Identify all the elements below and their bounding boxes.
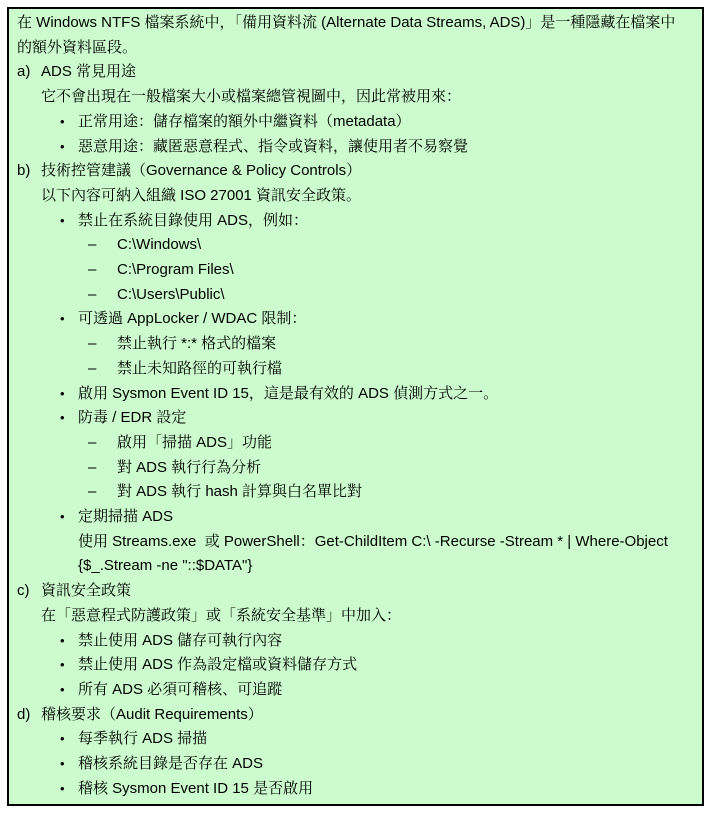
bullet-item: • 每季執行 ADS 掃描	[15, 727, 696, 752]
bullet-marker: •	[60, 752, 78, 777]
list-letter-marker: d)	[17, 703, 41, 728]
bullet-marker: •	[60, 110, 78, 135]
bullet-item: • 啟用 Sysmon Event ID 15，這是最有效的 ADS 偵測方式之…	[15, 382, 696, 407]
bullet-item-text: 每季執行 ADS 掃描	[78, 727, 207, 752]
bullet-item: • 惡意用途：藏匿惡意程式、指令或資料，讓使用者不易察覺	[15, 135, 696, 160]
section-b-heading: b) 技術控管建議（Governance & Policy Controls）	[15, 159, 696, 184]
dash-marker: –	[88, 456, 117, 481]
bullet-item-text: 稽核系統目錄是否存在 ADS	[78, 752, 263, 777]
dash-marker: –	[88, 480, 117, 505]
section-d-heading: d) 稽核要求（Audit Requirements）	[15, 703, 696, 728]
bullet-marker: •	[60, 777, 78, 802]
bullet-item-text: 定期掃描 ADS	[78, 505, 173, 530]
intro-text-line-2: 的額外資料區段。	[15, 36, 696, 61]
dash-item: – C:\Windows\	[15, 233, 696, 258]
section-a-heading: a) ADS 常見用途	[15, 60, 696, 85]
command-text: 使用 Streams.exe 或 PowerShell：Get-ChildIte…	[78, 530, 668, 555]
paragraph-text: 在「惡意程式防護政策」或「系統安全基準」中加入：	[41, 604, 401, 629]
bullet-item: • 禁止使用 ADS 儲存可執行內容	[15, 629, 696, 654]
bullet-item: • 稽核 Sysmon Event ID 15 是否啟用	[15, 777, 696, 802]
dash-item-text: 禁止未知路徑的可執行檔	[117, 357, 282, 382]
dash-item-text: 啟用「掃描 ADS」功能	[117, 431, 272, 456]
section-heading-text: 資訊安全政策	[41, 579, 131, 604]
dash-marker: –	[88, 357, 117, 382]
bullet-item: • 禁止在系統目錄使用 ADS，例如：	[15, 209, 696, 234]
paragraph-text: 以下內容可納入組織 ISO 27001 資訊安全政策。	[41, 184, 361, 209]
bullet-item: • 禁止使用 ADS 作為設定檔或資料儲存方式	[15, 653, 696, 678]
dash-item-text: 對 ADS 執行行為分析	[117, 456, 261, 481]
bullet-marker: •	[60, 209, 78, 234]
bullet-item-text: 禁止在系統目錄使用 ADS，例如：	[78, 209, 308, 234]
paragraph-text: 它不會出現在一般檔案大小或檔案總管視圖中，因此常被用來：	[41, 85, 461, 110]
bullet-item-text: 稽核 Sysmon Event ID 15 是否啟用	[78, 777, 313, 802]
dash-item: – C:\Users\Public\	[15, 283, 696, 308]
bullet-item: • 防毒 / EDR 設定	[15, 406, 696, 431]
bullet-marker: •	[60, 135, 78, 160]
bullet-marker: •	[60, 727, 78, 752]
command-line-1: 使用 Streams.exe 或 PowerShell：Get-ChildIte…	[15, 530, 696, 555]
section-a-intro: 它不會出現在一般檔案大小或檔案總管視圖中，因此常被用來：	[15, 85, 696, 110]
bullet-item: • 定期掃描 ADS	[15, 505, 696, 530]
dash-marker: –	[88, 233, 117, 258]
section-c-intro: 在「惡意程式防護政策」或「系統安全基準」中加入：	[15, 604, 696, 629]
dash-marker: –	[88, 258, 117, 283]
dash-marker: –	[88, 431, 117, 456]
bullet-marker: •	[60, 406, 78, 431]
intro-text-line-1: 在 Windows NTFS 檔案系統中，「備用資料流 (Alternate D…	[15, 11, 696, 36]
bullet-item-text: 啟用 Sysmon Event ID 15，這是最有效的 ADS 偵測方式之一。	[78, 382, 498, 407]
ads-policy-document: 在 Windows NTFS 檔案系統中，「備用資料流 (Alternate D…	[7, 7, 704, 806]
dash-item-text: C:\Windows\	[117, 233, 201, 258]
dash-item: – 禁止執行 *:* 格式的檔案	[15, 332, 696, 357]
bullet-item-text: 禁止使用 ADS 儲存可執行內容	[78, 629, 282, 654]
bullet-item: • 正常用途：儲存檔案的額外中繼資料（metadata）	[15, 110, 696, 135]
bullet-marker: •	[60, 629, 78, 654]
command-line-2: {$_.Stream -ne "::$DATA"}	[15, 554, 696, 579]
dash-item: – 對 ADS 執行行為分析	[15, 456, 696, 481]
dash-item-text: 禁止執行 *:* 格式的檔案	[117, 332, 276, 357]
command-text: {$_.Stream -ne "::$DATA"}	[78, 554, 252, 579]
bullet-item-text: 正常用途：儲存檔案的額外中繼資料（metadata）	[78, 110, 411, 135]
section-heading-text: 技術控管建議（Governance & Policy Controls）	[41, 159, 361, 184]
dash-marker: –	[88, 332, 117, 357]
dash-item-text: C:\Users\Public\	[117, 283, 225, 308]
dash-item: – 對 ADS 執行 hash 計算與白名單比對	[15, 480, 696, 505]
bullet-item-text: 防毒 / EDR 設定	[78, 406, 186, 431]
bullet-marker: •	[60, 382, 78, 407]
list-letter-marker: c)	[17, 579, 41, 604]
bullet-marker: •	[60, 653, 78, 678]
document-page: 在 Windows NTFS 檔案系統中，「備用資料流 (Alternate D…	[0, 0, 711, 813]
bullet-item-text: 惡意用途：藏匿惡意程式、指令或資料，讓使用者不易察覺	[78, 135, 468, 160]
bullet-item-text: 所有 ADS 必須可稽核、可追蹤	[78, 678, 282, 703]
bullet-marker: •	[60, 307, 78, 332]
paragraph-text: 的額外資料區段。	[17, 36, 137, 61]
section-c-heading: c) 資訊安全政策	[15, 579, 696, 604]
section-heading-text: 稽核要求（Audit Requirements）	[41, 703, 263, 728]
paragraph-text: 在 Windows NTFS 檔案系統中，「備用資料流 (Alternate D…	[17, 11, 675, 36]
bullet-item-text: 可透過 AppLocker / WDAC 限制：	[78, 307, 306, 332]
bullet-item-text: 禁止使用 ADS 作為設定檔或資料儲存方式	[78, 653, 357, 678]
section-b-intro: 以下內容可納入組織 ISO 27001 資訊安全政策。	[15, 184, 696, 209]
bullet-item: • 可透過 AppLocker / WDAC 限制：	[15, 307, 696, 332]
list-letter-marker: b)	[17, 159, 41, 184]
bullet-item: • 稽核系統目錄是否存在 ADS	[15, 752, 696, 777]
dash-marker: –	[88, 283, 117, 308]
bullet-item: • 所有 ADS 必須可稽核、可追蹤	[15, 678, 696, 703]
dash-item-text: C:\Program Files\	[117, 258, 234, 283]
list-letter-marker: a)	[17, 60, 41, 85]
dash-item-text: 對 ADS 執行 hash 計算與白名單比對	[117, 480, 362, 505]
dash-item: – 啟用「掃描 ADS」功能	[15, 431, 696, 456]
dash-item: – C:\Program Files\	[15, 258, 696, 283]
bullet-marker: •	[60, 505, 78, 530]
bullet-marker: •	[60, 678, 78, 703]
section-heading-text: ADS 常見用途	[41, 60, 136, 85]
dash-item: – 禁止未知路徑的可執行檔	[15, 357, 696, 382]
